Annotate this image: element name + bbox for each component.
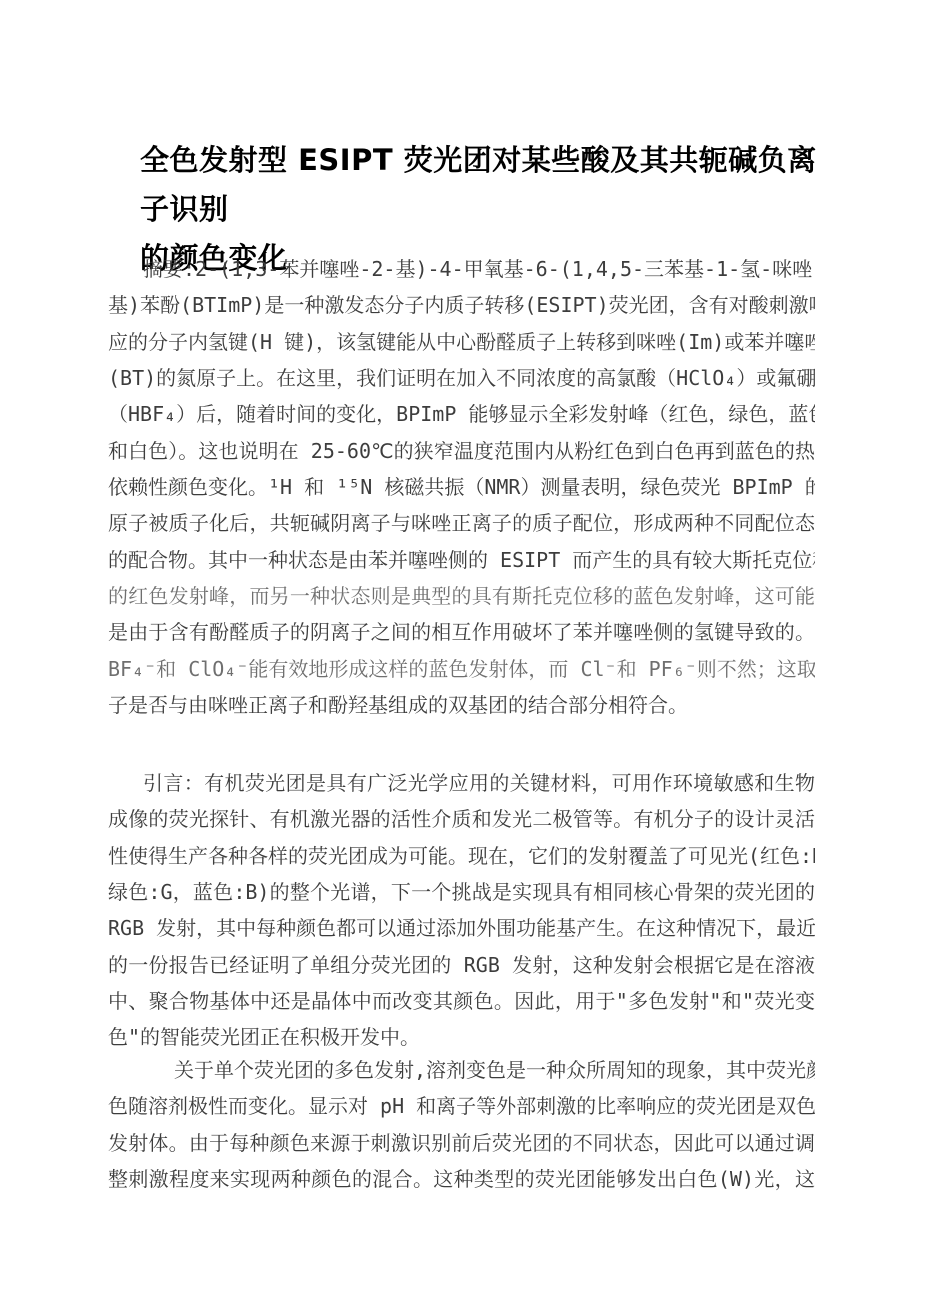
text-line: 色"的智能荧光团正在积极开发中。 [108, 1019, 815, 1055]
text-line: 原子被质子化后，共轭碱阴离子与咪唑正离子的质子配位，形成两种不同配位态 [108, 505, 815, 541]
text-line: BF₄⁻和 ClO₄⁻能有效地形成这样的蓝色发射体，而 Cl⁻和 PF₆⁻则不然… [108, 651, 815, 687]
text-line: 性使得生产各种各样的荧光团成为可能。现在，它们的发射覆盖了可见光(红色:R, [108, 838, 815, 874]
text-line: 中、聚合物基体中还是晶体中而改变其颜色。因此，用于"多色发射"和"荧光变 [108, 983, 815, 1019]
text-line: 整刺激程度来实现两种颜色的混合。这种类型的荧光团能够发出白色(W)光，这 [108, 1161, 815, 1197]
text-line: 绿色:G，蓝色:B)的整个光谱，下一个挑战是实现具有相同核心骨架的荧光团的 [108, 874, 815, 910]
text-line: （HBF₄）后，随着时间的变化，BPImP 能够显示全彩发射峰（红色，绿色，蓝色 [108, 396, 815, 432]
text-line: 的配合物。其中一种状态是由苯并噻唑侧的 ESIPT 而产生的具有较大斯托克位移 [108, 542, 815, 578]
text-line: 是由于含有酚醛质子的阴离子之间的相互作用破坏了苯并噻唑侧的氢键导致的。 [108, 614, 815, 650]
text-line: 子是否与由咪唑正离子和酚羟基组成的双基团的结合部分相符合。 [108, 687, 815, 723]
text-line: (BT)的氮原子上。在这里，我们证明在加入不同浓度的高氯酸（HClO₄）或氟硼酸 [108, 360, 815, 396]
multicolor-emission-paragraph: 关于单个荧光团的多色发射,溶剂变色是一种众所周知的现象，其中荧光颜 色随溶剂极性… [108, 1052, 815, 1197]
text-line: 引言：有机荧光团是具有广泛光学应用的关键材料，可用作环境敏感和生物 [108, 765, 815, 801]
introduction-paragraph: 引言：有机荧光团是具有广泛光学应用的关键材料，可用作环境敏感和生物 成像的荧光探… [108, 765, 815, 1056]
text-line: 成像的荧光探针、有机激光器的活性介质和发光二极管等。有机分子的设计灵活 [108, 801, 815, 837]
text-line: RGB 发射，其中每种颜色都可以通过添加外围功能基产生。在这种情况下，最近 [108, 910, 815, 946]
text-line: 的红色发射峰，而另一种状态则是典型的具有斯托克位移的蓝色发射峰，这可能 [108, 578, 815, 614]
text-line: 依赖性颜色变化。¹H 和 ¹⁵N 核磁共振（NMR）测量表明，绿色荧光 BPIm… [108, 469, 815, 505]
document-page: 全色发射型 ESIPT 荧光团对某些酸及其共轭碱负离子识别 的颜色变化 摘要:2… [0, 0, 925, 1309]
text-line: 和白色）。这也说明在 25-60℃的狭窄温度范围内从粉红色到白色再到蓝色的热 [108, 433, 815, 469]
text-line: 发射体。由于每种颜色来源于刺激识别前后荧光团的不同状态，因此可以通过调 [108, 1125, 815, 1161]
text-line: 的一份报告已经证明了单组分荧光团的 RGB 发射，这种发射会根据它是在溶液 [108, 947, 815, 983]
text-line: 应的分子内氢键(H 键)，该氢键能从中心酚醛质子上转移到咪唑(Im)或苯并噻唑 [108, 324, 815, 360]
text-line: 基)苯酚(BTImP)是一种激发态分子内质子转移(ESIPT)荧光团，含有对酸刺… [108, 287, 815, 323]
abstract-paragraph: 摘要:2-(1,3-苯并噻唑-2-基)-4-甲氧基-6-(1,4,5-三苯基-1… [108, 251, 815, 723]
title-line: 全色发射型 ESIPT 荧光团对某些酸及其共轭碱负离子识别 [140, 136, 840, 234]
text-line: 色随溶剂极性而变化。显示对 pH 和离子等外部刺激的比率响应的荧光团是双色 [108, 1088, 815, 1124]
text-line: 摘要:2-(1,3-苯并噻唑-2-基)-4-甲氧基-6-(1,4,5-三苯基-1… [108, 251, 815, 287]
text-line: 关于单个荧光团的多色发射,溶剂变色是一种众所周知的现象，其中荧光颜 [108, 1052, 815, 1088]
